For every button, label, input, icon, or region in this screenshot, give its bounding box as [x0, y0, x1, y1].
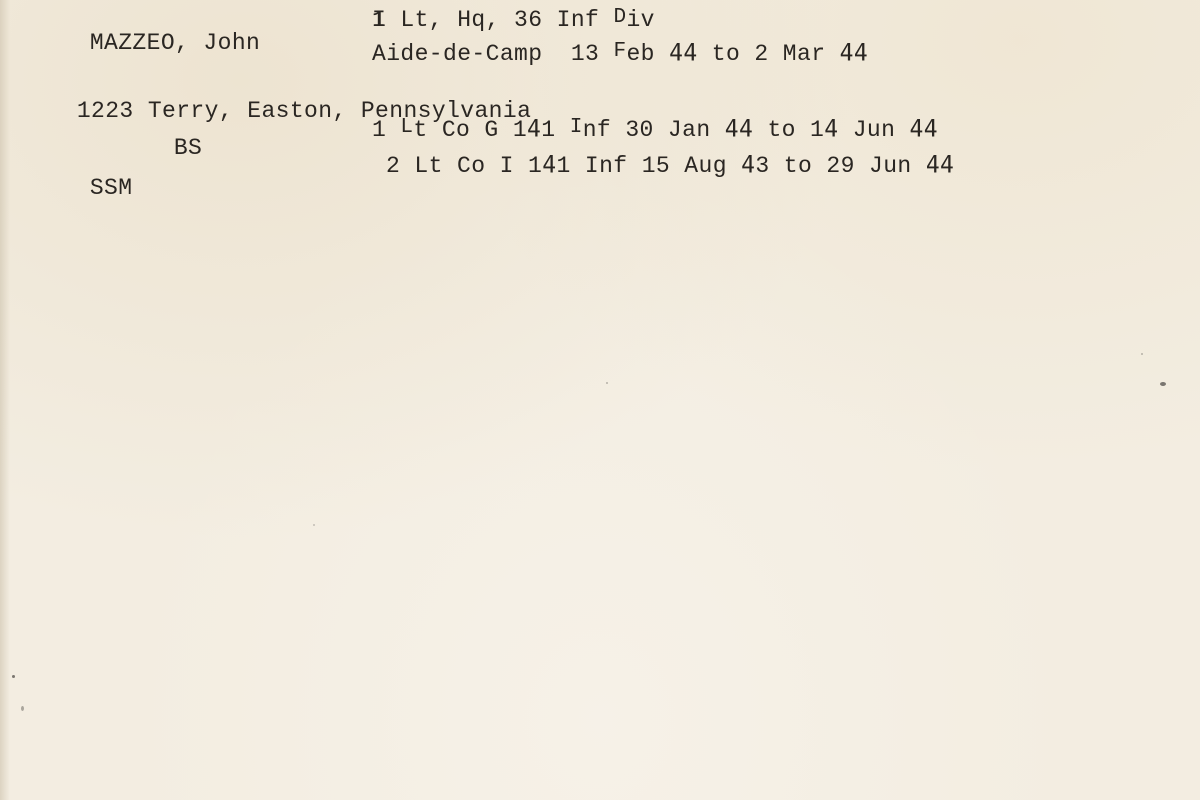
- lt-initial: L: [400, 116, 413, 139]
- person-name: MAZZEO, John: [90, 30, 260, 56]
- digit-four: 4: [542, 153, 556, 177]
- from-text: 1 Inf 15 Aug: [556, 153, 741, 179]
- rank-overstrike: 1I: [372, 9, 386, 32]
- paper-speck: [21, 706, 24, 711]
- position-text: Aide-de-Camp 13: [372, 41, 613, 67]
- assignment-line-3: 1 Lt Co G 141 Inf 30 Jan 44 to 14 Jun 44: [372, 118, 938, 142]
- from-text: nf 30 Jan: [583, 117, 725, 143]
- to-text: 3 to 29 Jun: [755, 153, 925, 179]
- rank-overtype: I: [372, 9, 386, 32]
- div-initial: D: [613, 6, 626, 29]
- unit-text: Lt, Hq, 36 Inf: [386, 7, 613, 33]
- digit-four: 4: [741, 153, 755, 177]
- to-text: to 2 Mar: [698, 41, 840, 67]
- unit-text: t Co G 1: [413, 117, 527, 143]
- note-ssm: SSM: [33, 154, 132, 223]
- year-from: 44: [725, 117, 754, 141]
- award-note: SSM: [90, 175, 133, 201]
- paper-speck: [12, 675, 15, 678]
- feb-initial: F: [613, 40, 626, 63]
- digit-four: 4: [824, 117, 838, 141]
- month-text: Jun: [839, 117, 910, 143]
- rank-digit: 1: [372, 117, 400, 143]
- assignment-line-1: 1I Lt, Hq, 36 Inf Div: [372, 9, 655, 32]
- name-line: MAZZEO, John: [33, 9, 260, 78]
- year-to: 44: [840, 41, 869, 65]
- paper-speck: [1160, 382, 1166, 386]
- unit-text: 2 Lt Co I 1: [386, 153, 542, 179]
- degree-note: BS: [174, 135, 202, 161]
- unit-text-end: 1: [541, 117, 569, 143]
- index-card: MAZZEO, John 1I Lt, Hq, 36 Inf Div Aide-…: [0, 0, 1200, 800]
- assignment-line-4: 2 Lt Co I 141 Inf 15 Aug 43 to 29 Jun 44: [386, 154, 954, 178]
- feb-rest: eb: [626, 41, 669, 67]
- paper-speck: [313, 524, 315, 526]
- to-text: to 1: [753, 117, 824, 143]
- year-to: 44: [910, 117, 939, 141]
- year-to: 44: [926, 153, 955, 177]
- assignment-line-2: Aide-de-Camp 13 Feb 44 to 2 Mar 44: [372, 42, 868, 66]
- paper-speck: [606, 382, 608, 384]
- inf-initial: I: [570, 116, 583, 139]
- paper-speck: [1141, 353, 1143, 355]
- digit-four: 4: [527, 117, 541, 141]
- div-rest: iv: [626, 7, 654, 33]
- year-from: 44: [669, 41, 698, 65]
